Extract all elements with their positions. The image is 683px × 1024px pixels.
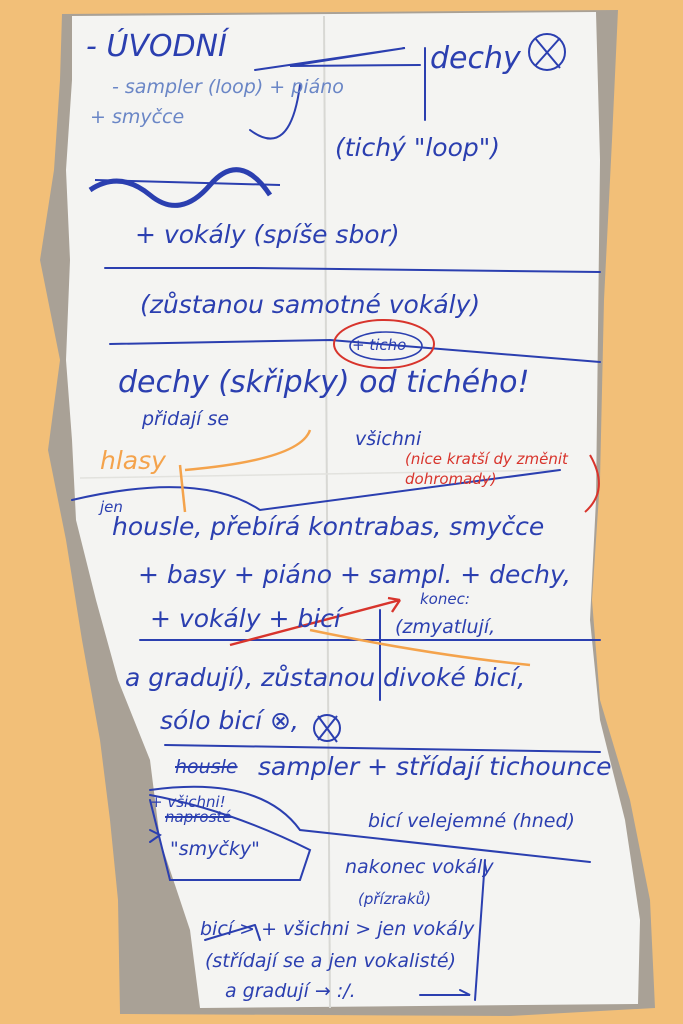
note-line: housle, přebírá kontrabas, smyčce: [112, 514, 544, 539]
note-line: (zmyatlují,: [395, 618, 495, 637]
note-line: dechy (skřipky) od tichého!: [118, 368, 529, 398]
note-line: (střídají se a jen vokalisté): [205, 952, 456, 971]
note-line: a gradují), zůstanou divoké bicí,: [125, 665, 525, 690]
note-line: všichni: [355, 430, 421, 449]
note-line: + vokály (spíše sbor): [135, 222, 400, 247]
struck-note-line: housle: [175, 758, 238, 777]
note-line: bicí velejemné (hned): [368, 812, 575, 831]
note-line: sampler + střídají tichounce: [258, 754, 612, 779]
note-line: (zůstanou samotné vokály): [140, 292, 480, 317]
note-line: konec:: [420, 592, 470, 607]
note-line: nakonec vokály: [345, 858, 494, 877]
note-line-orange: hlasy: [100, 448, 166, 473]
note-line: - sampler (loop) + piáno: [112, 78, 344, 97]
note-line: přidají se: [142, 410, 229, 429]
note-line: dechy: [430, 44, 521, 74]
note-line: bicí > + všichni > jen vokály: [200, 920, 474, 939]
note-line: + smyčce: [90, 108, 184, 127]
circled-note-ticho: + ticho: [352, 338, 406, 353]
struck-note-line: naprosté: [165, 810, 232, 825]
note-line-red: (nice kratší dy změnit dohromady): [405, 450, 605, 489]
note-line: (tichý "loop"): [335, 135, 500, 160]
note-line: a gradují → :/.: [225, 982, 356, 1001]
note-line: sólo bicí ⊗,: [160, 708, 299, 733]
note-line: + vokály + bicí: [150, 606, 341, 631]
note-line: + basy + piáno + sampl. + dechy,: [138, 562, 571, 587]
heading-uvodni: - ÚVODNÍ: [86, 32, 227, 62]
note-line: "smyčky": [170, 840, 260, 859]
note-line: (přízraků): [358, 892, 431, 907]
